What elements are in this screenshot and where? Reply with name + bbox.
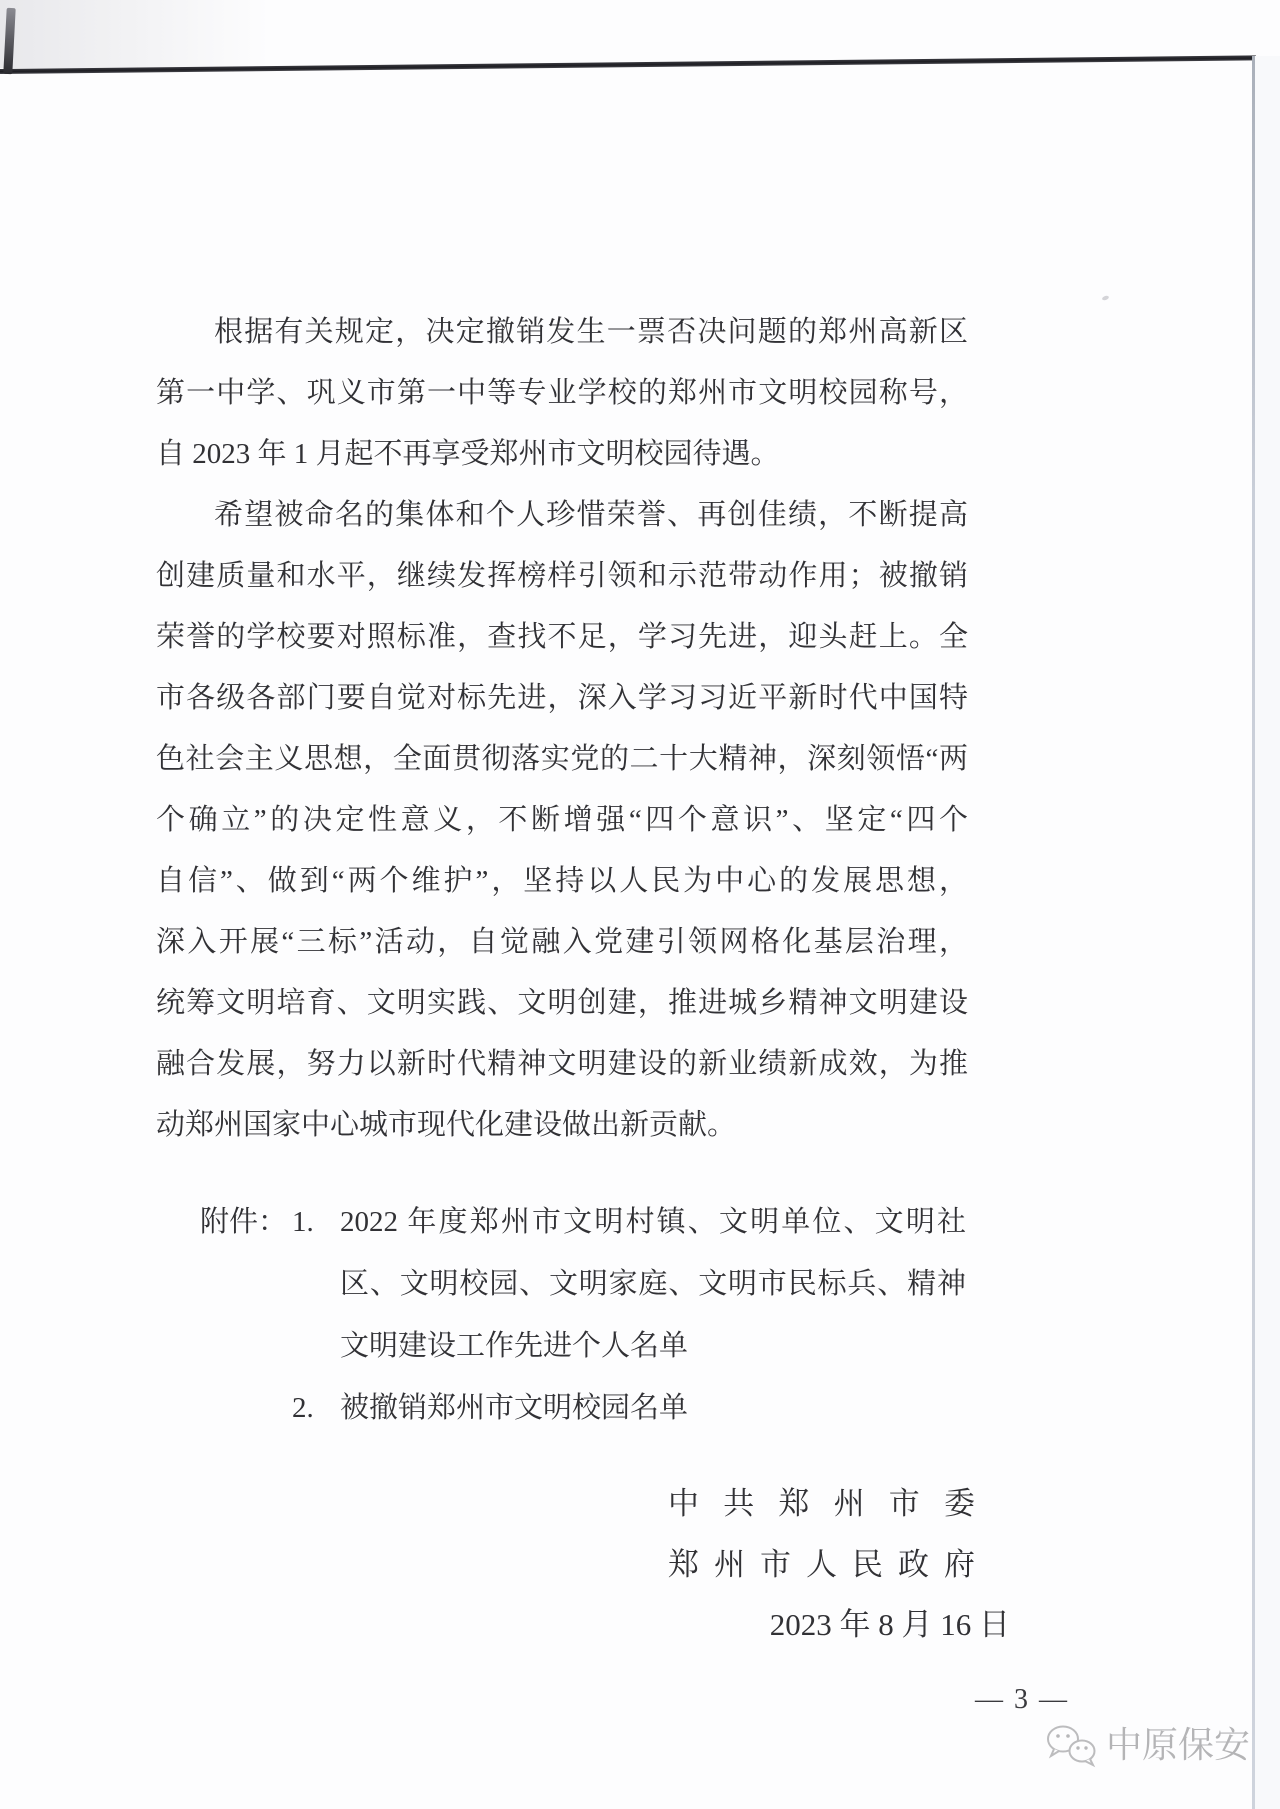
attachment-item-text: 2022 年度郑州市文明村镇、文明单位、文明社 区、文明校园、文明家庭、文明市民… bbox=[340, 1191, 966, 1377]
attachment-item-2: 附件： 2. 被撤销郑州市文明校园名单 bbox=[200, 1377, 966, 1439]
text-line: 市各级各部门要自觉对标先进，深入学习习近平新时代中国特 bbox=[156, 668, 968, 729]
text-line: 自 2023 年 1 月起不再享受郑州市文明校园待遇。 bbox=[156, 424, 968, 485]
text-line: 根据有关规定，决定撤销发生一票否决问题的郑州高新区 bbox=[156, 302, 968, 363]
wechat-icon bbox=[1044, 1720, 1100, 1770]
text-line: 被撤销郑州市文明校园名单 bbox=[340, 1377, 966, 1439]
text-line: 深入开展“三标”活动，自觉融入党建引领网格化基层治理， bbox=[156, 912, 968, 973]
attachment-item-number: 2. bbox=[292, 1377, 340, 1439]
signature-issuer-party-committee: 中共郑州市委 bbox=[668, 1484, 975, 1524]
paragraph-2: 希望被命名的集体和个人珍惜荣誉、再创佳绩，不断提高 创建质量和水平，继续发挥榜样… bbox=[156, 485, 968, 1156]
text-line: 动郑州国家中心城市现代化建设做出新贡献。 bbox=[156, 1095, 968, 1156]
text-line: 融合发展，努力以新时代精神文明建设的新业绩新成效，为推 bbox=[156, 1034, 968, 1095]
scan-margin-right bbox=[1255, 56, 1280, 1809]
text-line: 荣誉的学校要对照标准，查找不足，学习先进，迎头赶上。全 bbox=[156, 607, 968, 668]
scan-speck bbox=[1102, 295, 1110, 301]
text-line: 希望被命名的集体和个人珍惜荣誉、再创佳绩，不断提高 bbox=[156, 485, 968, 546]
text-line: 2022 年度郑州市文明村镇、文明单位、文明社 bbox=[340, 1191, 966, 1253]
document-body: 根据有关规定，决定撤销发生一票否决问题的郑州高新区 第一中学、巩义市第一中等专业… bbox=[156, 302, 968, 1156]
text-line: 色社会主义思想，全面贯彻落实党的二十大精神，深刻领悟“两 bbox=[156, 729, 968, 790]
text-line: 文明建设工作先进个人名单 bbox=[340, 1315, 966, 1377]
attachment-label: 附件： bbox=[200, 1191, 292, 1253]
page-number: — 3 — bbox=[975, 1684, 1069, 1716]
scan-shadow-top-left bbox=[0, 0, 270, 68]
signature-date: 2023 年 8 月 16 日 bbox=[668, 1605, 1010, 1645]
attachment-item-1: 附件： 1. 2022 年度郑州市文明村镇、文明单位、文明社 区、文明校园、文明… bbox=[200, 1191, 966, 1377]
text-line: 自信”、做到“两个维护”，坚持以人民为中心的发展思想， bbox=[156, 851, 968, 912]
text-line: 第一中学、巩义市第一中等专业学校的郑州市文明校园称号， bbox=[156, 363, 968, 424]
attachment-block: 附件： 1. 2022 年度郑州市文明村镇、文明单位、文明社 区、文明校园、文明… bbox=[200, 1191, 966, 1439]
text-line: 区、文明校园、文明家庭、文明市民标兵、精神 bbox=[340, 1253, 966, 1315]
text-line: 创建质量和水平，继续发挥榜样引领和示范带动作用；被撤销 bbox=[156, 546, 968, 607]
watermark: 中原保安 bbox=[1044, 1720, 1250, 1770]
watermark-text: 中原保安 bbox=[1106, 1720, 1250, 1770]
attachment-item-text: 被撤销郑州市文明校园名单 bbox=[340, 1377, 966, 1439]
paragraph-1: 根据有关规定，决定撤销发生一票否决问题的郑州高新区 第一中学、巩义市第一中等专业… bbox=[156, 302, 968, 485]
text-line: 统筹文明培育、文明实践、文明创建，推进城乡精神文明建设 bbox=[156, 973, 968, 1034]
attachment-item-number: 1. bbox=[292, 1191, 340, 1253]
scanned-document-page: 根据有关规定，决定撤销发生一票否决问题的郑州高新区 第一中学、巩义市第一中等专业… bbox=[0, 0, 1280, 1809]
text-line: 个确立”的决定性意义，不断增强“四个意识”、坚定“四个 bbox=[156, 790, 968, 851]
signature-issuer-government: 郑州市人民政府 bbox=[668, 1545, 975, 1585]
